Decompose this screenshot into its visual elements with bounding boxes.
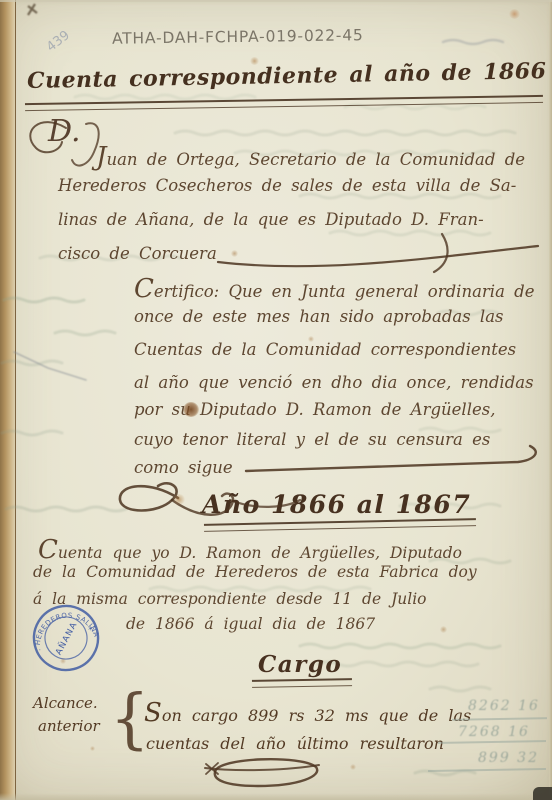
certification-line: Certifico: Que en Junta general ordinari… — [134, 274, 535, 304]
intro-line: Herederos Cosecheros de sales de esta vi… — [58, 176, 516, 195]
closing-rubric-cross — [206, 763, 218, 774]
pencil-margin-mark — [14, 352, 86, 380]
cargo-entry-line: cuentas del año último resultaron — [146, 734, 444, 753]
foxing-spot — [509, 9, 520, 19]
certification-line: como sigue — [134, 458, 233, 477]
rubric-flourish — [120, 483, 178, 510]
bleedthrough-rule — [452, 717, 547, 720]
corcuera-flourish-hook — [434, 234, 448, 272]
bleedthrough-amount: 899 32 — [478, 750, 539, 766]
foxing-spot — [231, 250, 238, 257]
manuscript-page: ATHA-DAH-FCHPA-019-022-45 439 Cuenta cor… — [0, 0, 552, 800]
closing-rubric-slash — [205, 765, 319, 770]
bleedthrough-amount: 7268 16 — [458, 724, 530, 740]
page-bottom-edge — [0, 793, 552, 800]
intro-line: cisco de Corcuera — [58, 244, 217, 263]
year-heading: Año 1866 al 1867 — [202, 490, 471, 519]
certification-line: once de este mes han sido aprobadas las — [134, 307, 504, 326]
cargo-underline — [252, 678, 352, 688]
como-sigue-rule — [246, 446, 536, 471]
intro-line: linas de Añana, de la que es Diputado D.… — [58, 210, 484, 229]
bottom-right-shadow — [533, 787, 552, 800]
certification-line: por su Diputado D. Ramon de Argüelles, — [134, 400, 495, 419]
foxing-spot — [90, 746, 95, 751]
bleedthrough-rule — [428, 768, 546, 772]
title-underline — [25, 95, 543, 111]
cargo-heading: Cargo — [258, 651, 342, 678]
certification-line: cuyo tenor literal y el de su censura es — [134, 430, 490, 449]
foxing-spot — [350, 764, 356, 770]
account-line: de la Comunidad de Herederos de esta Fab… — [33, 563, 477, 581]
account-line: de 1866 á igual dia de 1867 — [126, 615, 375, 633]
certification-line: Cuentas de la Comunidad correspondientes — [134, 340, 516, 359]
certification-line: al año que venció en dho dia once, rendi… — [134, 373, 534, 392]
margin-note-line: Alcance. — [33, 694, 98, 712]
stamp-center-text: AÑANA — [53, 620, 80, 657]
foxing-spot — [440, 626, 447, 633]
archive-reference: ATHA-DAH-FCHPA-019-022-45 — [112, 26, 364, 48]
cargo-entry-line: Son cargo 899 rs 32 ms que de las — [144, 698, 471, 728]
intro-line: Juan de Ortega, Secretario de la Comunid… — [96, 142, 525, 172]
page-top-edge — [0, 0, 552, 2]
book-binding-edge — [0, 0, 16, 800]
bleedthrough-amount: 8262 16 — [468, 698, 540, 714]
opening-initial: D. — [48, 114, 81, 149]
corner-scribble — [28, 4, 37, 15]
foxing-spot — [173, 494, 185, 505]
page-title: Cuenta correspondiente al año de 1866 al… — [27, 56, 552, 94]
margin-note-line: anterior — [38, 717, 100, 735]
corcuera-flourish-line — [218, 246, 538, 266]
account-line: Cuenta que yo D. Ramon de Argüelles, Dip… — [38, 535, 462, 565]
bleedthrough-rule — [438, 740, 546, 743]
pencil-folio-number: 439 — [44, 28, 73, 55]
pencil-scribble-top-right — [443, 40, 503, 44]
year-heading-underline — [204, 518, 476, 532]
closing-rubric-oval — [215, 759, 317, 786]
